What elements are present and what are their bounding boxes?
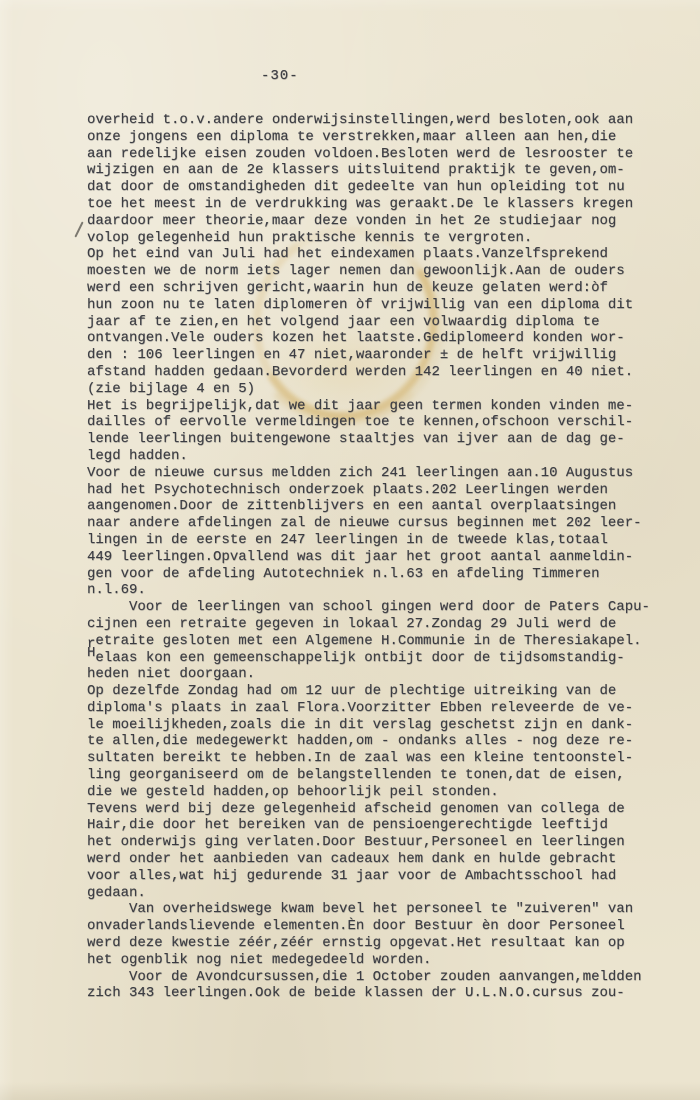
margin-pencil-slash: [74, 221, 83, 237]
text-line: cijnen een retraite gegeven in lokaal 27…: [87, 616, 662, 633]
text-line: wijzigen en aan de 2e klassers uitsluite…: [87, 162, 662, 179]
text-line: Voor de nieuwe cursus meldden zich 241 l…: [87, 465, 662, 482]
text-line: Het is begrijpelijk,dat we dit jaar geen…: [87, 398, 662, 415]
text-line: ling georganiseerd om de belangstellende…: [87, 767, 662, 784]
text-line: le moeilijkheden,zoals die in dit versla…: [87, 717, 662, 734]
text-line: zich 343 leerlingen.Ook de beide klassen…: [87, 985, 662, 1002]
text-line: die we gesteld hadden,op behoorlijk peil…: [87, 784, 662, 801]
text-line: legd hadden.: [87, 448, 662, 465]
text-line: retraite gesloten met een Algemene H.Com…: [87, 633, 662, 650]
text-line: 449 leerlingen.Opvallend was dit jaar he…: [87, 549, 662, 566]
text-line: ontvangen.Vele ouders kozen het laatste.…: [87, 330, 662, 347]
text-line: lingen in de eerste en 247 leerlingen in…: [87, 532, 662, 549]
text-line: aan redelijke eisen zouden voldoen.Beslo…: [87, 146, 662, 163]
text-line: Op het eind van Juli had het eindexamen …: [87, 246, 662, 263]
text-line: Hair,die door het bereiken van de pensio…: [87, 817, 662, 834]
text-line: had het Psychotechnisch onderzoek plaats…: [87, 482, 662, 499]
text-line: moesten we de norm iets lager nemen dan …: [87, 263, 662, 280]
text-line: aangenomen.Door de zittenblijvers en een…: [87, 498, 662, 515]
text-line: dailles of eervolle vermeldingen toe te …: [87, 414, 662, 431]
text-line: het onderwijs ging verlaten.Door Bestuur…: [87, 834, 662, 851]
text-line: onze jongens een diploma te verstrekken,…: [87, 129, 662, 146]
text-line: volop gelegenheid hun praktische kennis …: [87, 230, 662, 247]
text-line: werd een schrijven gericht,waarin hun de…: [87, 280, 662, 297]
text-line: Van overheidswege kwam bevel het persone…: [87, 901, 662, 918]
text-line: Op dezelfde Zondag had om 12 uur de plec…: [87, 683, 662, 700]
text-line: heden niet doorgaan.: [87, 666, 662, 683]
text-line: werd deze kwestie zéér,zéér ernstig opge…: [87, 935, 662, 952]
text-line: naar andere afdelingen zal de nieuwe cur…: [87, 515, 662, 532]
text-line: sultaten bereikt te hebben.In de zaal wa…: [87, 750, 662, 767]
text-line: den : 106 leerlingen en 47 niet,waaronde…: [87, 347, 662, 364]
text-line: het ogenblik nog niet medegedeeld worden…: [87, 952, 662, 969]
text-line: Tevens werd bij deze gelegenheid afschei…: [87, 801, 662, 818]
text-line: hun zoon nu te laten diplomeren òf vrijw…: [87, 297, 662, 314]
text-line: Helaas kon een gemeenschappelijk ontbijt…: [87, 650, 662, 667]
text-line: voor alles,wat hij gedurende 31 jaar voo…: [87, 868, 662, 885]
text-line: (zie bijlage 4 en 5): [87, 381, 662, 398]
text-line: jaar af te zien,en het volgend jaar een …: [87, 314, 662, 331]
text-line: dat door de omstandigheden dit gedeelte …: [87, 179, 662, 196]
text-line: te allen,die medegewerkt hadden,om - ond…: [87, 733, 662, 750]
text-line: overheid t.o.v.andere onderwijsinstellin…: [87, 112, 662, 129]
page-number: -30-: [261, 68, 299, 84]
text-line: toe het meest in de verdrukking was gera…: [87, 196, 662, 213]
text-line: diploma's plaats in zaal Flora.Voorzitte…: [87, 700, 662, 717]
text-line: n.l.69.: [87, 582, 662, 599]
text-line: afstand hadden gedaan.Bevorderd werden 1…: [87, 364, 662, 381]
text-line: Voor de Avondcursussen,die 1 October zou…: [87, 969, 662, 986]
text-line: werd onder het aanbieden van cadeaux hem…: [87, 851, 662, 868]
text-line: gedaan.: [87, 885, 662, 902]
text-line: daardoor meer theorie,maar deze vonden i…: [87, 213, 662, 230]
scanned-page: -30- overheid t.o.v.andere onderwijsinst…: [0, 0, 700, 1100]
text-line: onvaderlandslievende elementen.Èn door B…: [87, 918, 662, 935]
text-line: gen voor de afdeling Autotechniek n.l.63…: [87, 566, 662, 583]
document-lines: overheid t.o.v.andere onderwijsinstellin…: [87, 112, 662, 1002]
text-line: Voor de leerlingen van school gingen wer…: [87, 599, 662, 616]
text-line: lende leerlingen buitengewone staaltjes …: [87, 431, 662, 448]
